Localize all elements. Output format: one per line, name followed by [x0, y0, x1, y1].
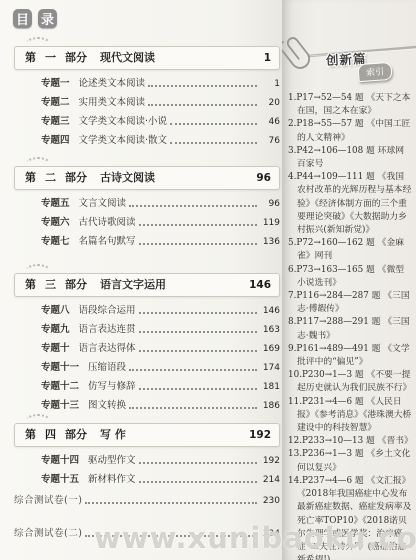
toc-item: 专题十四驱动型作文192 — [41, 453, 280, 466]
item-title: 语段综合运用 — [79, 302, 136, 316]
section-title: 写 作 — [100, 427, 126, 443]
item-label: 专题十四 — [41, 452, 79, 466]
index-entry: 8.P117→288—291 题 《三国志·魏书》 — [288, 316, 412, 342]
item-title: 压缩语段 — [88, 359, 126, 373]
item-page: 1 — [260, 79, 280, 89]
test-paper-page: 230 — [260, 496, 280, 506]
item-page: 214 — [260, 475, 280, 485]
item-title: 文学类文本阅读·散文 — [79, 132, 168, 146]
item-label: 专题二 — [41, 94, 70, 108]
item-title: 仿写与修辞 — [88, 378, 136, 392]
item-page: 136 — [260, 237, 280, 247]
item-page: 119 — [260, 218, 280, 228]
index-badge-tag: 索引 — [357, 62, 392, 82]
item-page: 174 — [260, 363, 280, 373]
toc-item: 专题二实用类文本阅读20 — [41, 95, 280, 108]
watermark: www.xunibaoku.com — [94, 521, 416, 555]
test-paper-title: 综合测试卷(二) — [14, 525, 82, 539]
toc-item: 专题四文学类文本阅读·散文76 — [41, 133, 280, 146]
item-page: 186 — [260, 401, 280, 411]
section-title: 语言文字运用 — [100, 277, 166, 293]
item-label: 专题十 — [41, 340, 70, 354]
arc-decoration — [23, 37, 53, 57]
item-page: 46 — [260, 117, 280, 127]
item-label: 专题八 — [41, 302, 70, 316]
index-entry: 5.P72→160—162 题 《金麻雀》网刊 — [288, 237, 412, 263]
item-title: 论述类文本阅读 — [79, 75, 146, 89]
part-suffix: 部分 — [65, 427, 87, 443]
part-suffix: 部分 — [65, 277, 87, 293]
item-title: 名篇名句默写 — [79, 233, 136, 247]
arc-decoration — [23, 264, 53, 284]
dot-leader — [139, 462, 257, 464]
dot-leader — [139, 388, 257, 390]
index-entry: 3.P42→106—108 题 环球网百家号 — [288, 145, 412, 171]
scanned-toc-page: 目 录 第一部分现代文阅读1专题一论述类文本阅读1专题二实用类文本阅读20专题三… — [0, 0, 416, 560]
index-entry: 2.P18→55—57 题 《中国工匠的人文精神》 — [288, 118, 412, 144]
toc-section: 第四部分写 作192专题十四驱动型作文192专题十五新材料作文214 — [14, 423, 280, 485]
item-label: 专题四 — [41, 132, 70, 146]
index-entry: 13.P236→1—3 题 《乡土文化何以复兴》 — [288, 448, 412, 474]
dot-leader — [139, 224, 257, 226]
item-title: 实用类文本阅读 — [79, 94, 146, 108]
toc-section: 第二部分古诗文阅读96专题五文言文阅读96专题六古代诗歌阅读119专题七名篇名句… — [14, 166, 280, 247]
toc-item: 专题十语言表达得体169 — [41, 341, 280, 354]
toc-section: 第三部分语言文字运用146专题八语段综合运用146专题九语言表达连贯163专题十… — [14, 273, 280, 411]
index-entry: 1.P17→52—54 题 《天下之本在国，国之本在家》 — [288, 92, 412, 118]
item-page: 192 — [260, 456, 280, 466]
index-entry: 6.P73→163—165 题 《微型小说选刊》 — [288, 264, 412, 290]
index-entries: 1.P17→52—54 题 《天下之本在国，国之本在家》2.P18→55—57 … — [288, 92, 412, 560]
toc-item: 专题十二仿写与修辞181 — [41, 379, 280, 392]
item-title: 新材料作文 — [88, 471, 136, 485]
item-title: 驱动型作文 — [88, 452, 136, 466]
dot-leader — [129, 369, 257, 371]
section-items: 专题一论述类文本阅读1专题二实用类文本阅读20专题三文学类文本阅读·小说46专题… — [14, 70, 280, 146]
toc-item: 专题三文学类文本阅读·小说46 — [41, 114, 280, 127]
dot-leader — [170, 123, 257, 125]
dot-leader — [139, 331, 257, 333]
toc-item: 专题十三图文转换186 — [41, 398, 280, 411]
section-header: 第一部分现代文阅读1 — [14, 46, 280, 70]
item-title: 语言表达得体 — [79, 340, 136, 354]
toc-item: 专题一论述类文本阅读1 — [41, 76, 280, 89]
index-entry: 12.P233→10—13 题 《晋书》 — [288, 435, 412, 448]
arc-decoration — [23, 414, 53, 434]
item-label: 专题十五 — [41, 471, 79, 485]
dot-leader — [148, 85, 257, 87]
section-items: 专题五文言文阅读96专题六古代诗歌阅读119专题七名篇名句默写136 — [14, 190, 280, 247]
toc-item: 专题十一压缩语段174 — [41, 360, 280, 373]
item-label: 专题六 — [41, 214, 70, 228]
part-suffix: 部分 — [65, 170, 87, 186]
index-entry: 9.P161→489—491 题 《文学批评中的“偏见”》 — [288, 343, 412, 369]
toc-item: 专题七名篇名句默写136 — [41, 234, 280, 247]
item-label: 专题五 — [41, 195, 70, 209]
toc-page: 目 录 第一部分现代文阅读1专题一论述类文本阅读1专题二实用类文本阅读20专题三… — [0, 0, 282, 560]
lu-character-icon: 录 — [38, 9, 57, 28]
dot-leader — [139, 312, 257, 314]
item-page: 20 — [260, 98, 280, 108]
toc-item: 专题六古代诗歌阅读119 — [41, 215, 280, 228]
item-title: 图文转换 — [88, 397, 126, 411]
item-title: 文言文阅读 — [79, 195, 127, 209]
item-title: 文学类文本阅读·小说 — [79, 113, 168, 127]
dot-leader — [148, 104, 257, 106]
part-suffix: 部分 — [65, 50, 87, 66]
item-label: 专题十一 — [41, 359, 79, 373]
section-items: 专题八语段综合运用146专题九语言表达连贯163专题十语言表达得体169专题十一… — [14, 297, 280, 411]
toc-item: 专题五文言文阅读96 — [41, 196, 280, 209]
dot-leader — [129, 205, 257, 207]
item-page: 146 — [260, 306, 280, 316]
section-title: 现代文阅读 — [100, 50, 155, 66]
item-page: 76 — [260, 136, 280, 146]
item-label: 专题一 — [41, 75, 70, 89]
item-title: 语言表达连贯 — [79, 321, 136, 335]
item-page: 181 — [260, 382, 280, 392]
dot-leader — [139, 350, 257, 352]
index-entry: 10.P230→1—3 题 《不要一提起历史就认为我们民族不行》 — [288, 369, 412, 395]
item-title: 古代诗歌阅读 — [79, 214, 136, 228]
section-header: 第三部分语言文字运用146 — [14, 273, 280, 297]
mu-character-icon: 目 — [13, 9, 32, 28]
dot-leader — [85, 502, 257, 504]
test-paper-title: 综合测试卷(一) — [14, 492, 82, 506]
index-entry: 4.P44→109—111 题 《我国农村改革的光辉历程与基本经验》《经济体制方… — [288, 171, 412, 237]
toc-header: 目 录 — [13, 9, 57, 28]
section-title: 古诗文阅读 — [100, 170, 155, 186]
section-page: 192 — [249, 429, 271, 441]
dot-leader — [139, 243, 257, 245]
test-paper-row: 综合测试卷(一)230 — [14, 493, 280, 506]
toc-item: 专题十五新材料作文214 — [41, 472, 280, 485]
dot-leader — [170, 142, 257, 144]
section-header: 第二部分古诗文阅读96 — [14, 166, 280, 190]
dot-leader — [129, 407, 257, 409]
item-page: 169 — [260, 344, 280, 354]
item-label: 专题十二 — [41, 378, 79, 392]
section-page: 96 — [256, 172, 271, 184]
index-panel: 创新篇 索引 1.P17→52—54 题 《天下之本在国，国之本在家》2.P18… — [282, 0, 416, 560]
item-label: 专题九 — [41, 321, 70, 335]
arc-decoration — [23, 157, 53, 177]
item-page: 163 — [260, 325, 280, 335]
toc-item: 专题八语段综合运用146 — [41, 303, 280, 316]
section-header: 第四部分写 作192 — [14, 423, 280, 447]
index-entry: 7.P116→284—287 题 《三国志·傅嘏传》 — [288, 290, 412, 316]
item-label: 专题十三 — [41, 397, 79, 411]
item-page: 96 — [260, 199, 280, 209]
item-label: 专题三 — [41, 113, 70, 127]
paperclip-icon — [282, 18, 416, 78]
section-page: 1 — [264, 52, 271, 64]
index-entry: 11.P231→4—6 题 《人民日报》《参考消息》《港珠澳大桥建设中的科技智慧… — [288, 396, 412, 436]
toc-section: 第一部分现代文阅读1专题一论述类文本阅读1专题二实用类文本阅读20专题三文学类文… — [14, 46, 280, 146]
section-items: 专题十四驱动型作文192专题十五新材料作文214 — [14, 447, 280, 485]
toc-sections: 第一部分现代文阅读1专题一论述类文本阅读1专题二实用类文本阅读20专题三文学类文… — [14, 46, 280, 545]
section-page: 146 — [249, 279, 271, 291]
toc-item: 专题九语言表达连贯163 — [41, 322, 280, 335]
item-label: 专题七 — [41, 233, 70, 247]
dot-leader — [139, 481, 257, 483]
